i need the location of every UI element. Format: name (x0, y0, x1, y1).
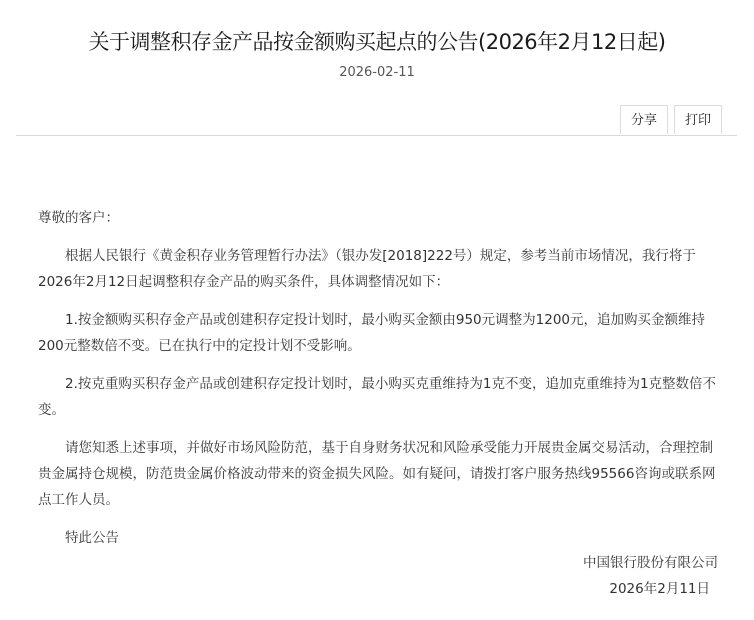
paragraph-item-2: 2.按克重购买积存金产品或创建积存定投计划时，最小购买克重维持为1克不变，追加克… (38, 371, 722, 423)
paragraph-item-1: 1.按金额购买积存金产品或创建积存定投计划时，最小购买金额由950元调整为120… (38, 307, 722, 359)
print-button[interactable]: 打印 (674, 105, 722, 134)
salutation: 尊敬的客户： (38, 205, 722, 231)
signature-org: 中国银行股份有限公司 (583, 550, 718, 576)
article-toolbar: 分享 打印 (620, 105, 722, 135)
signature-date: 2026年2月11日 (583, 576, 718, 602)
share-button[interactable]: 分享 (620, 105, 668, 134)
article-body: 尊敬的客户： 根据人民银行《黄金积存业务管理暂行办法》（银办发[2018]222… (38, 205, 722, 563)
header-divider (16, 135, 737, 136)
paragraph-notice: 请您知悉上述事项，并做好市场风险防范，基于自身财务状况和风险承受能力开展贵金属交… (38, 435, 722, 513)
signature-block: 中国银行股份有限公司 2026年2月11日 (583, 550, 718, 602)
page-title: 关于调整积存金产品按金额购买起点的公告(2026年2月12日起) (0, 27, 754, 57)
paragraph-intro: 根据人民银行《黄金积存业务管理暂行办法》（银办发[2018]222号）规定，参考… (38, 243, 722, 295)
paragraph-closing: 特此公告 (38, 525, 722, 551)
publish-date: 2026-02-11 (0, 63, 754, 83)
